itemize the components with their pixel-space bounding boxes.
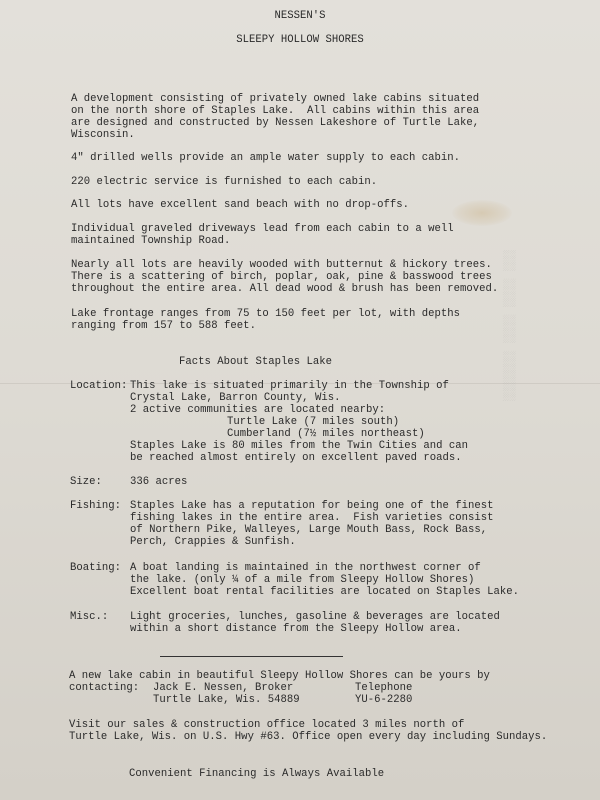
- feature-electric: 220 electric service is furnished to eac…: [71, 176, 377, 188]
- document-title: NESSEN'S: [0, 10, 600, 22]
- phone-number: YU-6-2280: [355, 694, 412, 706]
- feature-driveways: maintained Township Road.: [71, 235, 230, 247]
- fact-size-value: 336 acres: [130, 476, 187, 488]
- feature-beach: All lots have excellent sand beach with …: [71, 199, 409, 211]
- document-subtitle: SLEEPY HOLLOW SHORES: [0, 34, 600, 46]
- section-divider: [160, 656, 343, 657]
- contact-label: contacting:: [69, 682, 139, 694]
- fact-location-line: be reached almost entirely on excellent …: [130, 452, 462, 464]
- contact-intro: A new lake cabin in beautiful Sleepy Hol…: [69, 670, 490, 682]
- feature-trees: throughout the entire area. All dead woo…: [71, 283, 498, 295]
- fact-fishing-line: of Northern Pike, Walleyes, Large Mouth …: [130, 524, 487, 536]
- facts-heading: Facts About Staples Lake: [179, 356, 332, 368]
- paper-stain: [452, 200, 512, 226]
- community-item: Turtle Lake (7 miles south): [227, 416, 399, 428]
- fact-boating-line: the lake. (only ¼ of a mile from Sleepy …: [130, 574, 474, 586]
- fact-fishing-line: Perch, Crappies & Sunfish.: [130, 536, 296, 548]
- office-line: Visit our sales & construction office lo…: [69, 719, 464, 731]
- fact-boating-line: A boat landing is maintained in the nort…: [130, 562, 481, 574]
- fact-fishing-line: fishing lakes in the entire area. Fish v…: [130, 512, 494, 524]
- fact-label-fishing: Fishing:: [70, 500, 121, 512]
- feature-trees: There is a scattering of birch, poplar, …: [71, 271, 492, 283]
- document-page: ░░░ ░░░░ ░░░░ ░░░░░░░ NESSEN'S SLEEPY HO…: [0, 0, 600, 800]
- fact-label-location: Location:: [70, 380, 127, 392]
- phone-label: Telephone: [355, 682, 412, 694]
- fact-label-size: Size:: [70, 476, 102, 488]
- contact-name: Jack E. Nessen, Broker: [153, 682, 293, 694]
- feature-driveways: Individual graveled driveways lead from …: [71, 223, 454, 235]
- feature-trees: Nearly all lots are heavily wooded with …: [71, 259, 492, 271]
- intro-line: Wisconsin.: [71, 129, 135, 141]
- intro-line: on the north shore of Staples Lake. All …: [71, 105, 479, 117]
- feature-frontage: Lake frontage ranges from 75 to 150 feet…: [71, 308, 460, 320]
- fact-fishing-line: Staples Lake has a reputation for being …: [130, 500, 494, 512]
- bleed-through-text: ░░░ ░░░░ ░░░░ ░░░░░░░: [498, 250, 516, 560]
- fact-misc-line: Light groceries, lunches, gasoline & bev…: [130, 611, 500, 623]
- intro-line: A development consisting of privately ow…: [71, 93, 479, 105]
- financing-note: Convenient Financing is Always Available: [129, 768, 384, 780]
- fact-label-boating: Boating:: [70, 562, 121, 574]
- fact-location-line: 2 active communities are located nearby:: [130, 404, 385, 416]
- community-item: Cumberland (7½ miles northeast): [227, 428, 425, 440]
- fact-location-line: Staples Lake is 80 miles from the Twin C…: [130, 440, 468, 452]
- feature-wells: 4" drilled wells provide an ample water …: [71, 152, 460, 164]
- fact-label-misc: Misc.:: [70, 611, 108, 623]
- office-line: Turtle Lake, Wis. on U.S. Hwy #63. Offic…: [69, 731, 547, 743]
- fact-location-line: Crystal Lake, Barron County, Wis.: [130, 392, 340, 404]
- fact-misc-line: within a short distance from the Sleepy …: [130, 623, 462, 635]
- fact-boating-line: Excellent boat rental facilities are loc…: [130, 586, 519, 598]
- feature-frontage: ranging from 157 to 588 feet.: [71, 320, 256, 332]
- intro-line: are designed and constructed by Nessen L…: [71, 117, 479, 129]
- fact-location-line: This lake is situated primarily in the T…: [130, 380, 449, 392]
- contact-address: Turtle Lake, Wis. 54889: [153, 694, 300, 706]
